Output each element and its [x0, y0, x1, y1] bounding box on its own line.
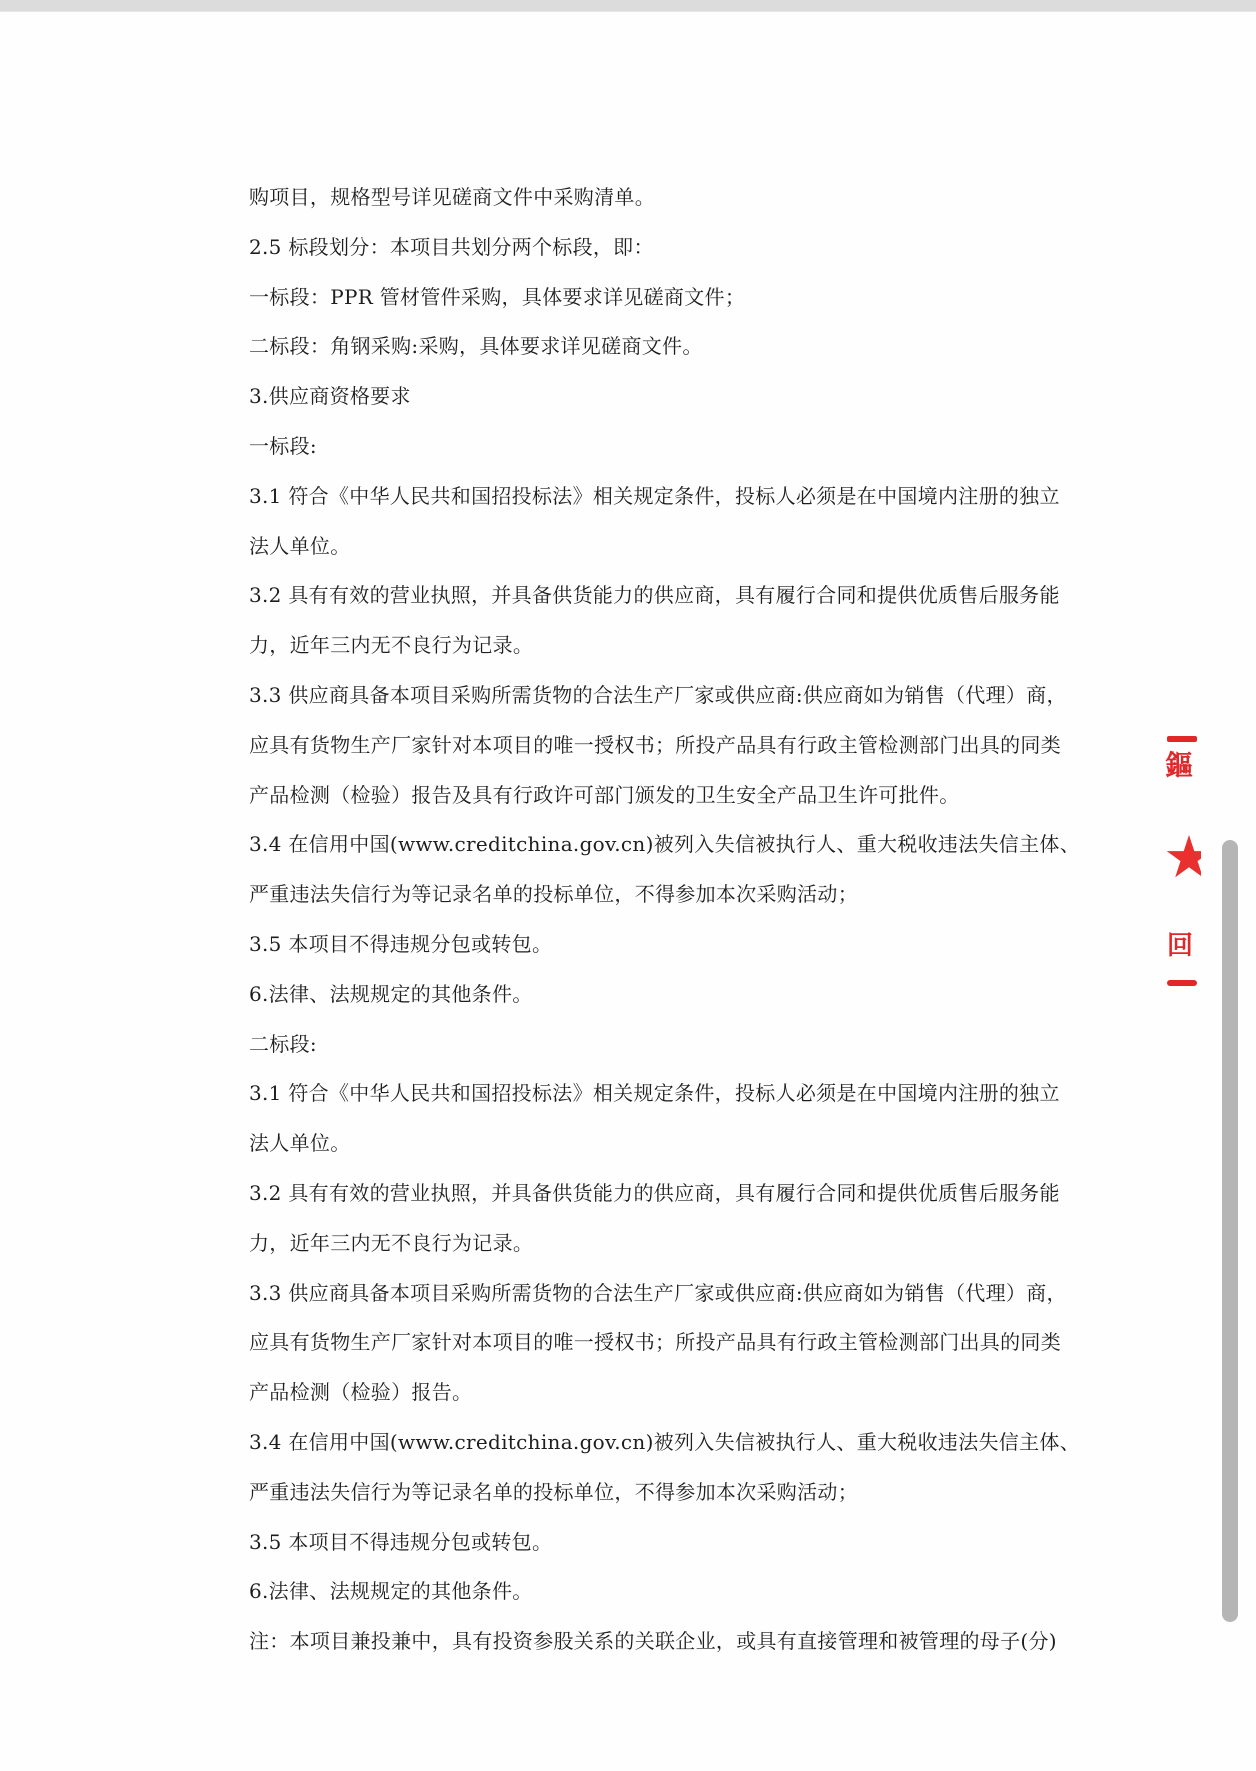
lot-2-req-3-4-cont: 严重违法失信行为等记录名单的投标单位，不得参加本次采购活动； — [249, 1468, 1039, 1518]
lot-2-heading: 二标段: — [249, 1020, 1039, 1070]
official-seal-stamp: 鏂 ★ 回 — [1163, 736, 1201, 992]
lot-1-req-3-1: 3.1 符合《中华人民共和国招投标法》相关规定条件，投标人必须是在中国境内注册的… — [249, 472, 1039, 522]
lot-1-req-3-3-cont: 应具有货物生产厂家针对本项目的唯一授权书；所投产品具有行政主管检测部门出具的同类 — [249, 721, 1039, 771]
lot-1-description: 一标段：PPR 管材管件采购，具体要求详见磋商文件； — [249, 273, 1039, 323]
lot-2-description: 二标段：角钢采购:采购，具体要求详见磋商文件。 — [249, 322, 1039, 372]
seal-star-icon: ★ — [1163, 828, 1201, 886]
lot-2-req-3-1-cont: 法人单位。 — [249, 1119, 1039, 1169]
seal-character: 鏂 — [1165, 750, 1193, 782]
seal-character: 回 — [1167, 931, 1193, 961]
lot-2-req-3-2: 3.2 具有有效的营业执照，并具备供货能力的供应商，具有履行合同和提供优质售后服… — [249, 1169, 1039, 1219]
document-body: 购项目，规格型号详见磋商文件中采购清单。 2.5 标段划分：本项目共划分两个标段… — [249, 173, 1039, 1667]
note-line: 注：本项目兼投兼中，具有投资参股关系的关联企业，或具有直接管理和被管理的母子(分… — [249, 1617, 1039, 1667]
lot-1-heading: 一标段: — [249, 422, 1039, 472]
lot-1-req-6: 6.法律、法规规定的其他条件。 — [249, 970, 1039, 1020]
lot-1-req-3-4: 3.4 在信用中国(www.creditchina.gov.cn)被列入失信被执… — [249, 820, 1039, 870]
seal-border-top — [1167, 736, 1197, 742]
lot-2-req-3-2-cont: 力，近年三内无不良行为记录。 — [249, 1219, 1039, 1269]
lot-1-req-3-3: 3.3 供应商具备本项目采购所需货物的合法生产厂家或供应商:供应商如为销售（代理… — [249, 671, 1039, 721]
lot-2-req-3-5: 3.5 本项目不得违规分包或转包。 — [249, 1518, 1039, 1568]
section-2-5-lot-division: 2.5 标段划分：本项目共划分两个标段，即： — [249, 223, 1039, 273]
lot-1-req-3-2-cont: 力，近年三内无不良行为记录。 — [249, 621, 1039, 671]
section-3-heading: 3.供应商资格要求 — [249, 372, 1039, 422]
lot-2-req-3-1: 3.1 符合《中华人民共和国招投标法》相关规定条件，投标人必须是在中国境内注册的… — [249, 1069, 1039, 1119]
seal-border-bottom — [1167, 980, 1197, 986]
lot-1-req-3-5: 3.5 本项目不得违规分包或转包。 — [249, 920, 1039, 970]
lot-2-req-3-3-cont2: 产品检测（检验）报告。 — [249, 1368, 1039, 1418]
vertical-scrollbar-thumb[interactable] — [1222, 840, 1238, 1622]
lot-1-req-3-1-cont: 法人单位。 — [249, 522, 1039, 572]
lot-1-req-3-4-cont: 严重违法失信行为等记录名单的投标单位，不得参加本次采购活动； — [249, 870, 1039, 920]
lot-2-req-3-4: 3.4 在信用中国(www.creditchina.gov.cn)被列入失信被执… — [249, 1418, 1039, 1468]
viewer-top-bar — [0, 0, 1256, 12]
lot-2-req-3-3: 3.3 供应商具备本项目采购所需货物的合法生产厂家或供应商:供应商如为销售（代理… — [249, 1269, 1039, 1319]
text-line-continuation: 购项目，规格型号详见磋商文件中采购清单。 — [249, 173, 1039, 223]
lot-2-req-6: 6.法律、法规规定的其他条件。 — [249, 1567, 1039, 1617]
lot-1-req-3-2: 3.2 具有有效的营业执照，并具备供货能力的供应商，具有履行合同和提供优质售后服… — [249, 571, 1039, 621]
lot-2-req-3-3-cont: 应具有货物生产厂家针对本项目的唯一授权书；所投产品具有行政主管检测部门出具的同类 — [249, 1318, 1039, 1368]
lot-1-req-3-3-cont2: 产品检测（检验）报告及具有行政许可部门颁发的卫生安全产品卫生许可批件。 — [249, 771, 1039, 821]
